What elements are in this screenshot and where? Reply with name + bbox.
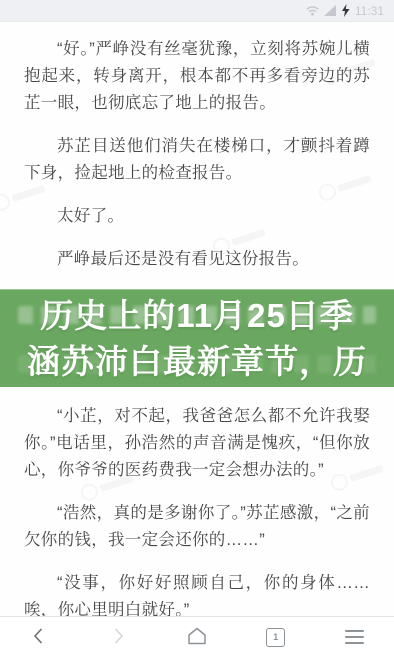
home-button[interactable] (175, 619, 219, 655)
tab-count: 1 (273, 633, 278, 642)
promo-banner-title-line2: 涵苏沛白最新章节，历 (27, 339, 367, 385)
back-button[interactable] (17, 619, 61, 655)
paragraph: 苏芷目送他们消失在楼梯口，才颤抖着蹲下身，捡起地上的检查报告。 (24, 133, 370, 187)
menu-button[interactable] (333, 619, 377, 655)
paragraph: “好。”严峥没有丝毫犹豫，立刻将苏婉儿横抱起来，转身离开，根本都不再多看旁边的苏… (24, 36, 370, 117)
paragraph: 严峥最后还是没有看见这份报告。 (24, 246, 370, 273)
paragraph: “浩然，真的是多谢你了。”苏芷感激，“之前欠你的钱，我一定会还你的……” (24, 500, 370, 554)
promo-banner-title-line1: 历史上的11月25日季 (40, 293, 354, 339)
charging-bolt-icon (341, 4, 350, 17)
paragraph: 太好了。 (24, 203, 370, 230)
wifi-icon (306, 5, 319, 16)
status-clock: 11:31 (355, 0, 384, 22)
forward-icon (108, 626, 128, 649)
browser-window: 11:31 “好。”严峥没有丝毫犹豫，立刻将苏婉儿横抱起来，转身离开，根本都不再… (0, 0, 394, 657)
paragraph: “小芷，对不起，我爸爸怎么都不允许我娶你。”电话里，孙浩然的声音满是愧疚，“但你… (24, 403, 370, 484)
signal-icon (324, 5, 336, 16)
back-icon (29, 626, 49, 649)
menu-icon (345, 630, 364, 643)
browser-toolbar: 1 (0, 616, 394, 657)
novel-text-area: “好。”严峥没有丝毫犹豫，立刻将苏婉儿横抱起来，转身离开，根本都不再多看旁边的苏… (0, 22, 394, 624)
forward-button[interactable] (96, 619, 140, 655)
promo-banner[interactable]: 历史上的11月25日季 涵苏沛白最新章节，历 (0, 289, 394, 387)
home-icon (186, 626, 208, 649)
tabs-icon: 1 (266, 628, 285, 647)
status-bar: 11:31 (0, 0, 394, 22)
tabs-button[interactable]: 1 (254, 619, 298, 655)
